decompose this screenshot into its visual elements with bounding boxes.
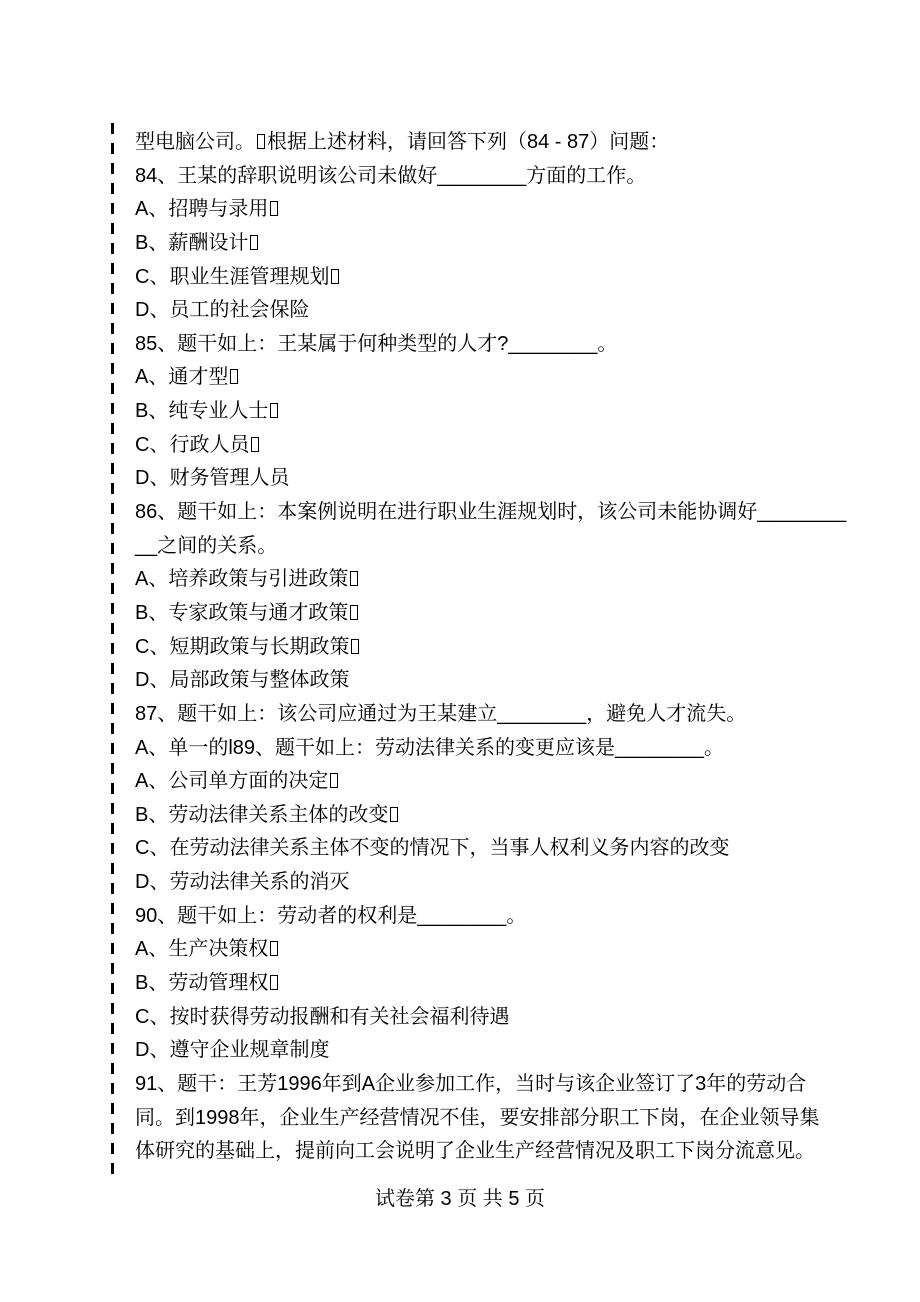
missing-glyph-box — [257, 134, 265, 149]
missing-glyph-box — [270, 403, 278, 418]
text-line: A、公司单方面的决定 — [135, 765, 846, 799]
text-line: B、薪酬设计 — [135, 227, 846, 261]
missing-glyph-box — [270, 941, 278, 956]
text-line: C、按时获得劳动报酬和有关社会福利待遇 — [135, 1001, 846, 1035]
page-number: 试卷第 3 页 共 5 页 — [375, 1188, 545, 1210]
text-line: 同。到1998年，企业生产经营情况不佳，要安排部分职工下岗，在企业领导集 — [135, 1102, 846, 1136]
missing-glyph-box — [250, 235, 258, 250]
text-line: __之间的关系。 — [135, 530, 846, 564]
text-line: D、员工的社会保险 — [135, 294, 846, 328]
text-line: A、单一的l89、题干如上：劳动法律关系的变更应该是________。 — [135, 732, 846, 766]
text-line: 体研究的基础上，提前向工会说明了企业生产经营情况及职工下岗分流意见。 — [135, 1135, 846, 1169]
missing-glyph-box — [390, 807, 398, 822]
document-body: 型电脑公司。根据上述材料，请回答下列（84 - 87）问题：84、王某的辞职说明… — [135, 126, 846, 1169]
text-line: D、遵守企业规章制度 — [135, 1034, 846, 1068]
text-line: 85、题干如上：王某属于何种类型的人才?________。 — [135, 328, 846, 362]
text-line: 91、题干：王芳1996年到A企业参加工作，当时与该企业签订了3年的劳动合 — [135, 1068, 846, 1102]
text-line: A、培养政策与引进政策 — [135, 563, 846, 597]
text-line: A、生产决策权 — [135, 933, 846, 967]
missing-glyph-box — [230, 369, 238, 384]
text-line: 90、题干如上：劳动者的权利是________。 — [135, 900, 846, 934]
text-line: D、劳动法律关系的消灭 — [135, 866, 846, 900]
missing-glyph-box — [270, 975, 278, 990]
text-line: 86、题干如上：本案例说明在进行职业生涯规划时，该公司未能协调好________ — [135, 496, 846, 530]
missing-glyph-box — [331, 269, 339, 284]
text-line: C、在劳动法律关系主体不变的情况下，当事人权利义务内容的改变 — [135, 832, 846, 866]
missing-glyph-box — [270, 201, 278, 216]
text-line: B、专家政策与通才政策 — [135, 597, 846, 631]
text-line: D、财务管理人员 — [135, 462, 846, 496]
text-line: 84、王某的辞职说明该公司未做好________方面的工作。 — [135, 160, 846, 194]
text-line: 87、题干如上：该公司应通过为王某建立________，避免人才流失。 — [135, 698, 846, 732]
text-line: D、局部政策与整体政策 — [135, 664, 846, 698]
text-line: B、劳动管理权 — [135, 967, 846, 1001]
page-footer: 试卷第 3 页 共 5 页 — [0, 1183, 920, 1217]
text-line: B、劳动法律关系主体的改变 — [135, 799, 846, 833]
missing-glyph-box — [251, 437, 259, 452]
missing-glyph-box — [350, 605, 358, 620]
missing-glyph-box — [350, 571, 358, 586]
text-line: B、纯专业人士 — [135, 395, 846, 429]
text-line: C、短期政策与长期政策 — [135, 631, 846, 665]
exam-page: 型电脑公司。根据上述材料，请回答下列（84 - 87）问题：84、王某的辞职说明… — [0, 0, 920, 1302]
missing-glyph-box — [351, 639, 359, 654]
page-margin-dashed-line — [111, 123, 114, 1183]
missing-glyph-box — [330, 773, 338, 788]
text-line: 型电脑公司。根据上述材料，请回答下列（84 - 87）问题： — [135, 126, 846, 160]
text-line: A、通才型 — [135, 361, 846, 395]
text-line: C、行政人员 — [135, 429, 846, 463]
text-line: C、职业生涯管理规划 — [135, 261, 846, 295]
text-line: A、招聘与录用 — [135, 193, 846, 227]
